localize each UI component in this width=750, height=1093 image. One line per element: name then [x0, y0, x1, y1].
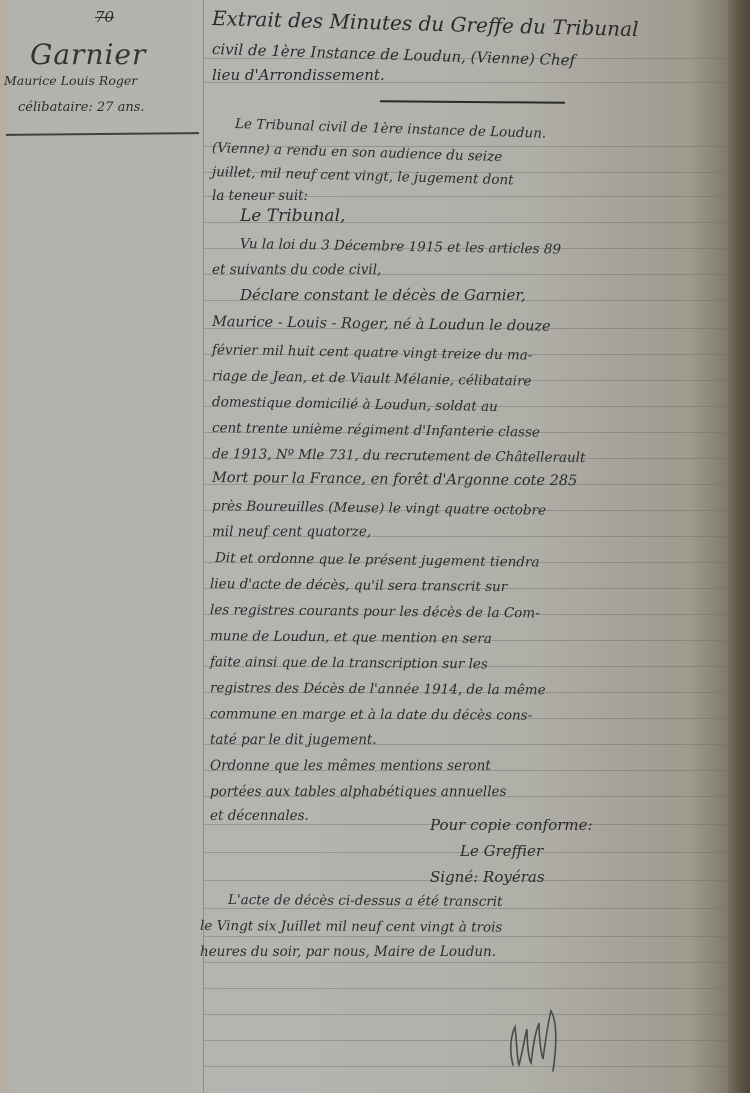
header-line: civil de 1ère Instance de Loudun, (Vienn…	[212, 40, 576, 69]
body-line: domestique domicilié à Loudun, soldat au	[212, 394, 498, 415]
margin-divider	[6, 132, 199, 136]
body-line: Vu la loi du 3 Décembre 1915 et les arti…	[240, 236, 561, 258]
ruled-line	[205, 82, 735, 83]
body-line: les registres courants pour les décès de…	[210, 602, 540, 621]
register-page: 70 Garnier Maurice Louis Roger célibatai…	[0, 0, 750, 1093]
body-line: (Vienne) a rendu en son audience du seiz…	[212, 140, 503, 165]
header-line: lieu d'Arrondissement.	[212, 66, 385, 84]
body-line: de 1913, Nº Mle 731, du recrutement de C…	[212, 446, 586, 466]
ruled-line	[205, 1066, 735, 1067]
body-line: Le Tribunal,	[240, 206, 345, 226]
ruled-line	[205, 988, 735, 989]
transcription-line: heures du soir, par nous, Maire de Loudu…	[200, 944, 496, 960]
ruled-line	[205, 58, 735, 59]
body-line: février mil huit cent quatre vingt treiz…	[212, 342, 533, 364]
signed-by: Signé: Royéras	[430, 868, 545, 886]
book-gutter	[728, 0, 750, 1093]
body-line: et décennales.	[210, 808, 309, 824]
transcription-line: L'acte de décès ci-dessus a été transcri…	[228, 892, 503, 910]
body-line: juillet, mil neuf cent vingt, le jugemen…	[212, 164, 514, 188]
body-line: faite ainsi que de la transcription sur …	[210, 654, 488, 672]
body-line: cent trente unième régiment d'Infanterie…	[212, 420, 540, 441]
margin-surname: Garnier	[30, 38, 146, 71]
ruled-line	[205, 1014, 735, 1015]
body-line: riage de Jean, et de Viault Mélanie, cél…	[212, 368, 532, 390]
body-line: près Boureuilles (Meuse) le vingt quatre…	[212, 498, 546, 519]
ruled-line	[205, 1040, 735, 1041]
body-line: la teneur suit:	[212, 188, 308, 204]
body-line: Mort pour la France, en forêt d'Argonne …	[212, 470, 577, 489]
ruled-line	[205, 936, 735, 937]
certification-text: Pour copie conforme:	[430, 816, 593, 834]
body-line: mil neuf cent quatorze,	[212, 524, 371, 540]
body-line: Déclare constant le décès de Garnier,	[240, 286, 526, 304]
body-line: Maurice - Louis - Roger, né à Loudun le …	[212, 314, 551, 335]
mayor-signature	[505, 1005, 595, 1075]
body-line: mune de Loudun, et que mention en sera	[210, 628, 492, 647]
body-line: commune en marge et à la date du décès c…	[210, 706, 532, 724]
page-left-edge	[0, 0, 14, 1093]
body-line: lieu d'acte de décès, qu'il sera transcr…	[210, 576, 507, 595]
header-line: Extrait des Minutes du Greffe du Tribuna…	[212, 6, 639, 41]
body-line: et suivants du code civil,	[212, 262, 381, 278]
body-line: portées aux tables alphabétiques annuell…	[210, 784, 506, 800]
margin-given-names: Maurice Louis Roger	[4, 73, 137, 88]
transcription-line: le Vingt six Juillet mil neuf cent vingt…	[200, 918, 502, 936]
margin-entry-number: 70	[95, 8, 114, 26]
header-divider	[380, 100, 565, 104]
body-line: registres des Décès de l'année 1914, de …	[210, 680, 546, 698]
body-line: Le Tribunal civil de 1ère instance de Lo…	[235, 116, 547, 142]
body-line: taté par le dit jugement.	[210, 732, 377, 748]
greffier-title: Le Greffier	[460, 842, 543, 860]
ruled-line	[205, 962, 735, 963]
margin-status: célibataire: 27 ans.	[18, 100, 145, 115]
body-line: Ordonne que les mêmes mentions seront	[210, 758, 491, 774]
body-line: Dit et ordonne que le présent jugement t…	[215, 550, 540, 571]
